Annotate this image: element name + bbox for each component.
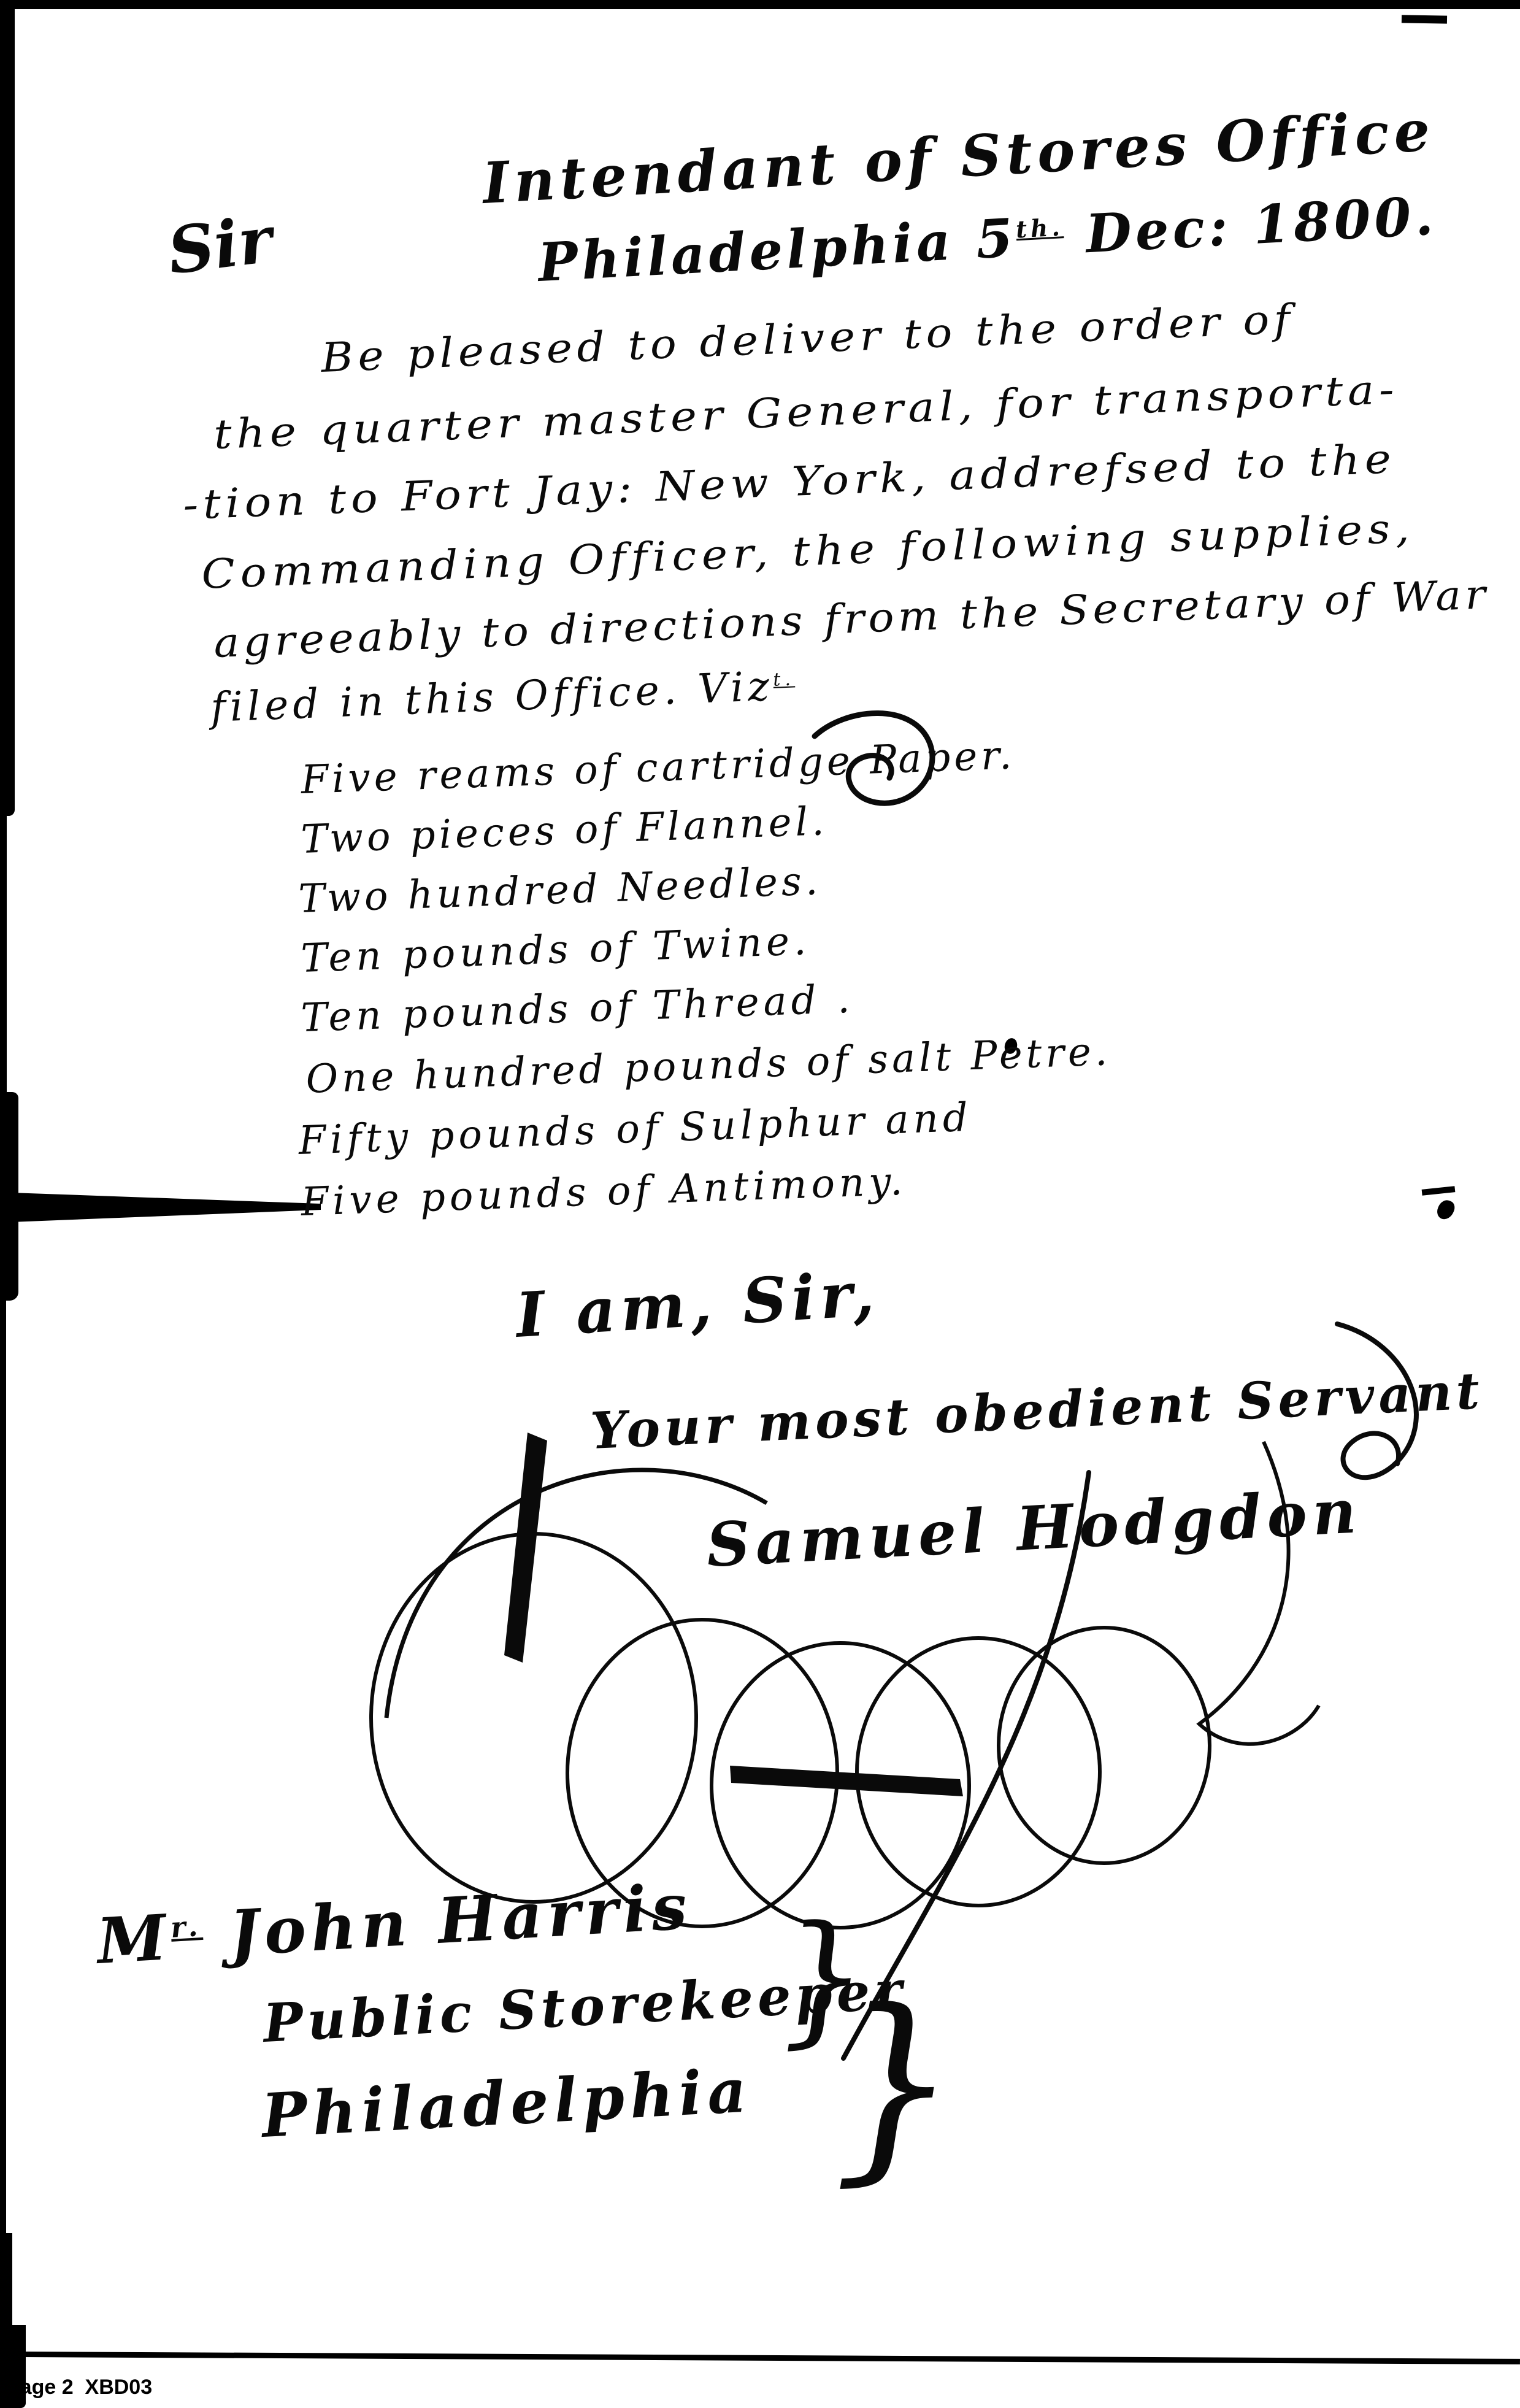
recipient-city-line: Philadelphia — [260, 2055, 753, 2152]
right-edge-ink-dash — [1422, 1186, 1456, 1196]
body-line-6: filed in this Office. Vizt. — [210, 661, 796, 731]
recipient-brace-large: } — [825, 1964, 962, 2204]
heading-place: Philadelphia — [537, 210, 956, 294]
recipient-prefix-superscript: r. — [170, 1909, 204, 1944]
supply-line-3: Two hundred Needles. — [297, 858, 822, 922]
salutation: Sir — [164, 201, 276, 289]
heading-date-rest: Dec: 1800. — [1084, 185, 1438, 265]
supply-line-7: Fifty pounds of Sulphur and — [297, 1095, 973, 1164]
crease-smear-artifact — [11, 1191, 321, 1223]
body-line-6-text: filed in this Office. — [210, 666, 681, 731]
left-edge-artifact-2 — [0, 816, 7, 1092]
supply-line-5: Ten pounds of Thread . — [300, 977, 854, 1041]
crease-smear-shape — [11, 1191, 321, 1223]
heading-day: 5 — [975, 207, 1018, 271]
closing-i-am-line: I am, Sir, — [514, 1257, 881, 1352]
supply-line-4: Ten pounds of Twine. — [300, 918, 811, 982]
supply-line-8: Five pounds of Antimony. — [300, 1159, 907, 1225]
body-line-1: Be pleased to deliver to the order of — [320, 295, 1295, 382]
left-edge-artifact-4 — [0, 1301, 6, 2233]
supply-line-2: Two pieces of Flannel. — [300, 799, 828, 863]
left-edge-artifact-1 — [0, 0, 15, 816]
bottom-edge-line — [22, 2352, 1520, 2364]
right-edge-ink-blot — [1435, 1198, 1457, 1221]
recipient-prefix: M — [95, 1901, 174, 1979]
top-edge-dash — [1402, 15, 1447, 23]
viz-superscript: t. — [773, 668, 796, 690]
day-superscript: th. — [1015, 214, 1064, 244]
top-edge-artifact — [0, 0, 1520, 9]
viz-abbreviation: Viz — [697, 663, 774, 713]
supply-line-6: One hundred pounds of salt Petre. — [305, 1029, 1111, 1102]
page-caption: Page 2 XBD03 — [6, 2375, 152, 2399]
scanned-letter-page: { "page": { "ink_color": "#0a0a0a", "pap… — [0, 0, 1520, 2408]
